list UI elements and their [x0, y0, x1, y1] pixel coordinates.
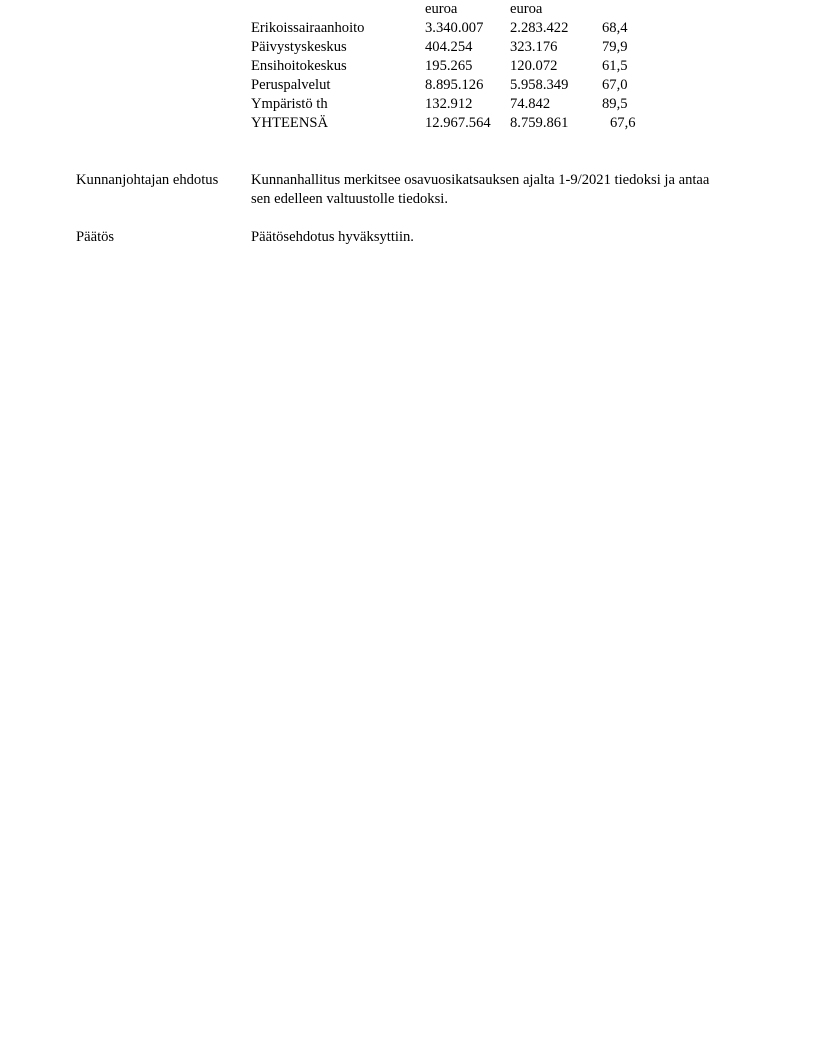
total-value-a: 12.967.564 [425, 114, 491, 133]
row-value-a: 404.254 [425, 38, 472, 57]
row-percent: 89,5 [602, 95, 628, 114]
row-value-b: 74.842 [510, 95, 550, 114]
row-value-b: 2.283.422 [510, 19, 568, 38]
row-value-a: 8.895.126 [425, 76, 483, 95]
row-value-a: 195.265 [425, 57, 472, 76]
row-value-a: 132.912 [425, 95, 472, 114]
row-name: Erikoissairaanhoito [251, 19, 364, 38]
row-percent: 79,9 [602, 38, 628, 57]
column-b-unit: euroa [510, 0, 542, 19]
row-value-b: 5.958.349 [510, 76, 568, 95]
decision-label: Päätös [76, 228, 114, 247]
row-name: Päivystyskeskus [251, 38, 347, 57]
total-value-b: 8.759.861 [510, 114, 568, 133]
row-name: Ensihoitokeskus [251, 57, 347, 76]
row-value-b: 120.072 [510, 57, 557, 76]
column-a-unit: euroa [425, 0, 457, 19]
row-percent: 67,0 [602, 76, 628, 95]
row-name: Peruspalvelut [251, 76, 330, 95]
row-name: Ympäristö th [251, 95, 328, 114]
proposal-text: Kunnanhallitus merkitsee osavuosikatsauk… [251, 171, 731, 209]
row-percent: 61,5 [602, 57, 628, 76]
proposal-label: Kunnanjohtajan ehdotus [76, 171, 218, 190]
row-value-b: 323.176 [510, 38, 557, 57]
decision-text: Päätösehdotus hyväksyttiin. [251, 228, 731, 247]
total-name: YHTEENSÄ [251, 114, 328, 133]
document-page: euroa euroa Erikoissairaanhoito 3.340.00… [0, 0, 816, 1056]
total-percent: 67,6 [610, 114, 636, 133]
row-value-a: 3.340.007 [425, 19, 483, 38]
row-percent: 68,4 [602, 19, 628, 38]
